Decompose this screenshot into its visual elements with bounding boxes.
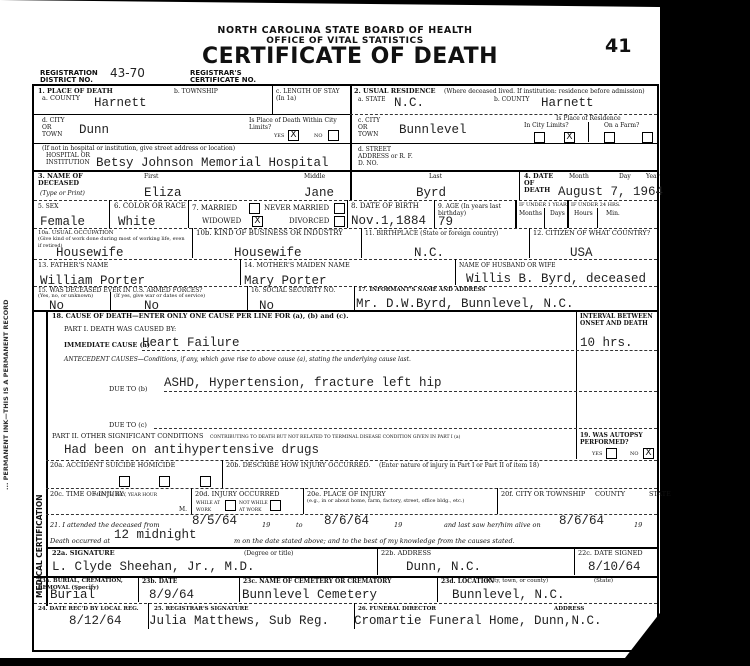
attended-to: 8/6/64 (324, 514, 369, 528)
due-to-c-label: DUE TO (c) (109, 422, 147, 429)
hospital-label-visible: HOSPITAL OR (46, 152, 90, 159)
informant-label: 17. INFORMANT'S NAME AND ADDRESS (358, 287, 485, 294)
residence-state: N.C. (394, 96, 424, 110)
ssn-label: 16. SOCIAL SECURITY NO. (251, 287, 335, 294)
burial-type: Burial (50, 588, 95, 602)
middle-name: Jane (304, 186, 334, 200)
death-time: 12 midnight (114, 528, 197, 542)
autopsy-no-checkbox[interactable]: X (643, 448, 654, 459)
due-to-b: ASHD, Hypertension, fracture left hip (164, 376, 442, 390)
cemetery-name: Bunnlevel Cemetery (242, 588, 377, 602)
scan-edge-right (660, 0, 750, 666)
hours-label: Hours (574, 210, 593, 217)
name-label: 3. NAME OF DECEASED (38, 173, 88, 187)
to-label: to (296, 522, 303, 529)
citizen-country: USA (570, 246, 593, 260)
burial-date-label: 23b. DATE (142, 578, 177, 585)
autopsy-label: 19. WAS AUTOPSY PERFORMED? (580, 432, 650, 446)
state-label: a. STATE (358, 96, 386, 103)
immediate-cause-label: IMMEDIATE CAUSE (a) (64, 342, 150, 349)
birthplace: N.C. (414, 246, 444, 260)
place-of-residence-label: Is Place of Residence (556, 115, 621, 122)
location-state-note: (State) (594, 578, 613, 585)
spouse-label: NAME OF HUSBAND OR WIFE (459, 262, 556, 269)
registrars-certificate-label: REGISTRAR'S CERTIFICATE NO. (190, 70, 270, 84)
industry-label: 10b. KIND OF BUSINESS OR INDUSTRY (196, 230, 343, 237)
on-farm-label: On a Farm? (604, 122, 639, 129)
spouse-name: Willis B. Byrd, deceased (466, 272, 646, 286)
never-married-label: NEVER MARRIED (264, 205, 329, 212)
part1-label: PART I. DEATH WAS CAUSED BY: (64, 326, 176, 333)
armed-forces-note2: (If yes, give war or dates of service) (114, 293, 205, 300)
interval-label: INTERVAL BETWEEN ONSET AND DEATH (580, 313, 660, 327)
cemetery-label: 23c. NAME OF CEMETERY OR CREMATORY (243, 578, 391, 585)
date-of-birth: Nov.1,1884 (351, 214, 426, 228)
res-county-label: b. COUNTY (494, 96, 529, 103)
city-label: d. CITY OR TOWN (42, 117, 72, 138)
res-city-label: c. CITY OR TOWN (358, 117, 388, 138)
days-label: Days (550, 210, 565, 217)
place-of-injury-label: 20e. PLACE OF INJURY (307, 491, 386, 498)
date-of-death: August 7, 1964 (558, 185, 663, 199)
other-conditions: Had been on antihypertensive drugs (64, 443, 319, 457)
no-label: NO (314, 133, 322, 140)
not-while-at-work-label: NOT WHILE AT WORK (239, 500, 269, 514)
date-received: 8/12/64 (69, 614, 122, 628)
nineteen-3: 19 (634, 522, 642, 529)
armed-forces-note1: (Yes, no, or unknown) (38, 293, 93, 300)
hospital-name: Betsy Johnson Memorial Hospital (96, 156, 329, 170)
widowed-label: WIDOWED (202, 218, 241, 225)
birthplace-label: 11. BIRTHPLACE (State or foreign country… (365, 230, 498, 237)
date-of-death-label: 4. DATE OF DEATH (524, 173, 558, 194)
citizen-label: 12. CITIZEN OF WHAT COUNTRY? (533, 230, 650, 237)
document-title: CERTIFICATE OF DEATH (150, 44, 550, 69)
due-to-b-label: DUE TO (b) (109, 386, 147, 393)
residence-city: Bunnlevel (399, 123, 467, 137)
hospital-note: (If not in hospital or institution, give… (42, 145, 342, 152)
part2-label: PART II. OTHER SIGNIFICANT CONDITIONS (52, 433, 203, 440)
city-limits-label: Is Place of Death Within City Limits? (249, 117, 349, 131)
min-label: Min. (606, 210, 620, 217)
manner-label: 20a. ACCIDENT SUICIDE HOMICIDE (50, 462, 175, 469)
mother-label: 14. MOTHER'S MAIDEN NAME (244, 262, 350, 269)
homicide-checkbox[interactable] (200, 476, 211, 487)
dob-label: 8. DATE OF BIRTH (351, 203, 419, 210)
institution-label: INSTITUTION (46, 159, 90, 166)
autopsy-yes-checkbox[interactable] (606, 448, 617, 459)
under-1-year-label: IF UNDER 1 YEAR (519, 202, 567, 209)
certificate-number: 41 (605, 35, 631, 57)
residence-label: 2. USUAL RESIDENCE (354, 88, 436, 95)
last-label: Last (429, 173, 442, 180)
registrar-signature-label: 25. REGISTRAR'S SIGNATURE (154, 606, 248, 613)
last-seen-alive: 8/6/64 (559, 514, 604, 528)
degree-label: (Degree or title) (244, 550, 293, 557)
immediate-cause: Heart Failure (142, 336, 240, 350)
industry: Housewife (234, 246, 302, 260)
death-occurred-label: Death occurred at (50, 538, 110, 545)
funeral-address-label: ADDRESS (554, 606, 584, 613)
township-label: b. TOWNSHIP (174, 88, 218, 95)
attended-from: 8/5/64 (192, 514, 237, 528)
injury-city-label: 20f. CITY OR TOWNSHIP (501, 491, 585, 498)
race-label: 6. COLOR OR RACE (114, 203, 186, 210)
describe-injury-label: 20b. DESCRIBE HOW INJURY OCCURRED. (226, 462, 370, 469)
burial-date: 8/9/64 (149, 588, 194, 602)
age: 79 (438, 215, 453, 229)
certificate-form: 1. PLACE OF DEATH a. COUNTY Harnett b. T… (32, 84, 659, 652)
agency-name: NORTH CAROLINA STATE BOARD OF HEALTH (215, 25, 475, 36)
permanent-record-notice: ... PERMANENT INK—THIS IS A PERMANENT RE… (2, 299, 10, 490)
year-label: Year (646, 173, 659, 180)
name-note: (Type or Print) (40, 190, 85, 197)
suicide-checkbox[interactable] (159, 476, 170, 487)
injury-county-label: COUNTY (595, 491, 625, 498)
registrar-signature: Julia Matthews, Sub Reg. (149, 614, 329, 628)
race: White (118, 215, 156, 229)
sex: Female (40, 215, 85, 229)
death-occurred-suffix: m on the date stated above; and to the b… (234, 538, 515, 545)
father-label: 13. FATHER'S NAME (38, 262, 108, 269)
married-label: 7. MARRIED (192, 205, 237, 212)
farm-yes-checkbox[interactable] (604, 132, 615, 143)
divorced-checkbox[interactable] (334, 216, 345, 227)
place-of-injury-note: (e.g., in or about home, farm, factory, … (307, 498, 487, 505)
certifier-signature: L. Clyde Sheehan, Jr., M.D. (52, 560, 255, 574)
while-at-work-checkbox[interactable] (225, 500, 236, 511)
date-signed: 8/10/64 (588, 560, 641, 574)
time-note: MONTH, DAY, YEAR HOUR (94, 492, 157, 499)
death-county: Harnett (94, 96, 147, 110)
residence-note: (Where deceased lived. If institution: r… (444, 88, 645, 95)
interval: 10 hrs. (580, 336, 633, 350)
cause-of-death-label: 18. CAUSE OF DEATH—ENTER ONLY ONE CAUSE … (52, 313, 348, 320)
residence-county: Harnett (541, 96, 594, 110)
month-label: Month (569, 173, 589, 180)
informant: Mr. D.W.Byrd, Bunnlevel, N.C. (356, 297, 574, 311)
funeral-director: Cromartie Funeral Home, Dunn,N.C. (354, 614, 602, 628)
city-limits-no-checkbox[interactable] (328, 130, 339, 141)
middle-label: Middle (304, 173, 325, 180)
location-note: (City, town, or county) (486, 578, 548, 585)
certifier-address-label: 22b. ADDRESS (381, 550, 431, 557)
occupation: Housewife (56, 246, 124, 260)
in-city-limits-label: In City Limits? (524, 122, 569, 129)
death-city: Dunn (79, 123, 109, 137)
under-24-hrs-label: IF UNDER 24 HRS. (571, 202, 621, 209)
while-at-work-label: WHILE AT WORK (196, 500, 224, 514)
day-label: Day (619, 173, 631, 180)
not-while-at-work-checkbox[interactable] (270, 500, 281, 511)
signature-label: 22a. SIGNATURE (52, 550, 115, 557)
street-label: d. STREET ADDRESS or R. F. D. NO. (358, 146, 418, 167)
m-label: M. (179, 506, 187, 513)
nineteen-1: 19 (262, 522, 270, 529)
registration-district-no: 43-70 (110, 66, 145, 80)
res-city-no-checkbox[interactable]: X (564, 132, 575, 143)
widowed-checkbox[interactable]: X (252, 216, 263, 227)
city-limits-yes-checkbox[interactable]: X (288, 130, 299, 141)
funeral-director-label: 26. FUNERAL DIRECTOR (358, 606, 436, 613)
farm-no-checkbox[interactable] (642, 132, 653, 143)
scan-edge-bottom (0, 658, 750, 666)
describe-injury-note: (Enter nature of injury in Part I or Par… (379, 462, 539, 469)
sex-label: 5. SEX (38, 203, 58, 210)
first-name: Eliza (144, 186, 182, 200)
injury-state-label: STATE (649, 491, 671, 498)
first-label: First (144, 173, 158, 180)
date-signed-label: 22c. DATE SIGNED (578, 550, 643, 557)
scan-edge-top (0, 0, 750, 12)
yes-label: YES (274, 133, 284, 140)
part2-note: CONTRIBUTING TO DEATH BUT NOT RELATED TO… (210, 434, 460, 441)
last-name: Byrd (416, 186, 446, 200)
length-of-stay-label: c. LENGTH OF STAY (In 1a) (276, 88, 346, 102)
never-married-checkbox[interactable] (334, 203, 345, 214)
registration-district-label: REGISTRATION DISTRICT NO. (40, 70, 96, 84)
injury-occurred-label: 20d. INJURY OCCURRED (195, 491, 279, 498)
nineteen-2: 19 (394, 522, 402, 529)
burial-location: Bunnlevel, N.C. (452, 588, 565, 602)
antecedent-label: ANTECEDENT CAUSES—Conditions, if any, wh… (64, 356, 411, 363)
last-saw-label: and last saw her/him alive on (444, 522, 541, 529)
accident-checkbox[interactable] (119, 476, 130, 487)
certifier-address: Dunn, N.C. (406, 560, 481, 574)
res-city-yes-checkbox[interactable] (534, 132, 545, 143)
married-checkbox[interactable] (249, 203, 260, 214)
date-received-label: 24. DATE REC'D BY LOCAL REG. (38, 606, 139, 613)
county-label: a. COUNTY (42, 95, 80, 102)
months-label: Months (519, 210, 542, 217)
divorced-label: DIVORCED (289, 218, 329, 225)
